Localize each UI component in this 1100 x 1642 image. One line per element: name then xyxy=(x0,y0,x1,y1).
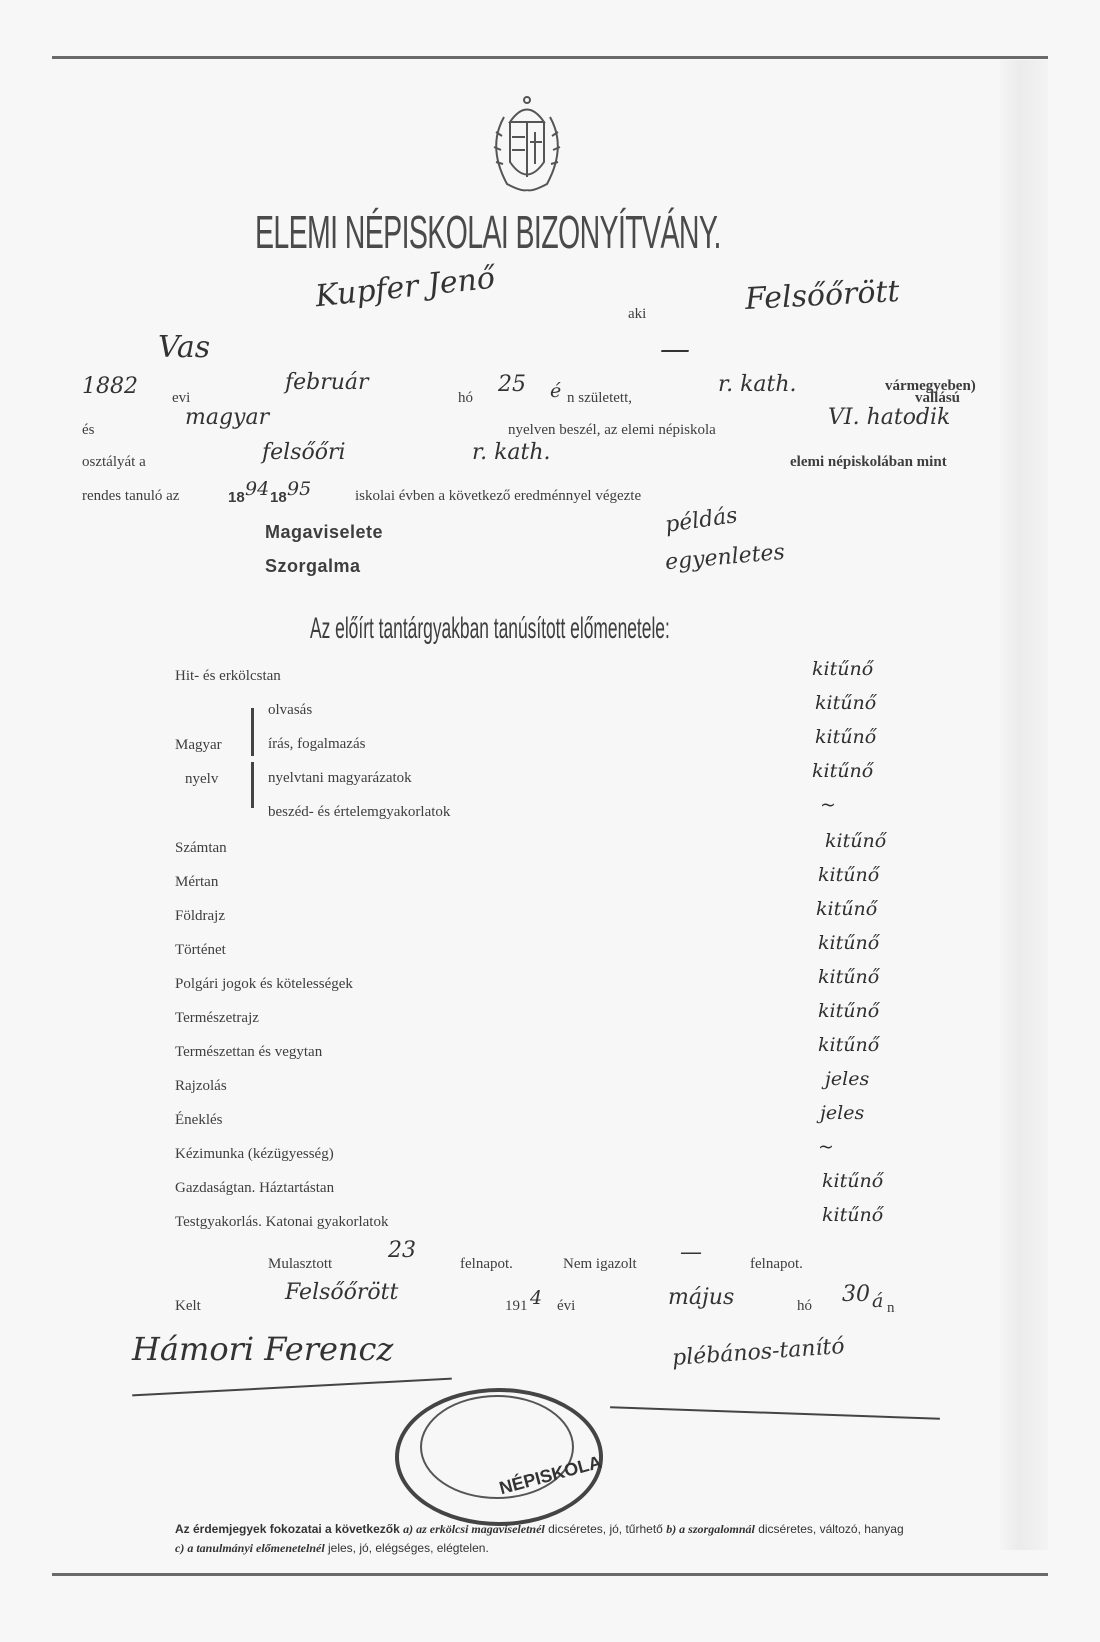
birth-month: február xyxy=(285,370,369,395)
right-signature: plébános-tanító xyxy=(671,1334,845,1371)
subject-grade: kitűnő xyxy=(815,726,876,748)
page-edge xyxy=(1000,60,1048,1550)
subject-name: Polgári jogok és kötelességek xyxy=(175,976,353,993)
subject-name: Éneklés xyxy=(175,1112,222,1129)
school-place: felsőőri xyxy=(262,440,346,465)
county: Vas xyxy=(158,330,210,365)
school-type: r. kath. xyxy=(472,440,551,465)
year-end-printed: 18 xyxy=(270,489,287,506)
issue-day-suffix: á xyxy=(872,1290,883,1312)
label-kelt: Kelt xyxy=(175,1298,201,1315)
subject-grade: kitűnő xyxy=(816,898,877,920)
subject-name: írás, fogalmazás xyxy=(268,736,365,753)
issue-year-hand: 4 xyxy=(530,1287,542,1309)
label-issue-ho: hó xyxy=(797,1298,812,1315)
diligence-label: Szorgalma xyxy=(265,556,361,577)
subject-grade: kitűnő xyxy=(812,760,873,782)
label-schoolyear: iskolai évben a következő eredménnyel vé… xyxy=(355,488,641,505)
diligence-value: egyenletes xyxy=(664,540,786,575)
subject-grade: kitűnő xyxy=(818,966,879,988)
subject-name: Kézimunka (kézügyesség) xyxy=(175,1146,334,1163)
birth-day-suffix: é xyxy=(550,380,561,402)
label-school: elemi népiskolában mint xyxy=(790,454,947,471)
subject-grade: kitűnő xyxy=(815,692,876,714)
subject-name: Természetrajz xyxy=(175,1010,259,1027)
subject-grade: kitűnő xyxy=(822,1204,883,1226)
subject-grade: jeles xyxy=(820,1102,864,1124)
year-start-printed: 18 xyxy=(228,489,245,506)
label-language: nyelven beszél, az elemi népiskola xyxy=(508,422,716,439)
issue-place: Felsőőrött xyxy=(285,1280,398,1305)
subject-name: nyelvtani magyarázatok xyxy=(268,770,412,787)
subject-name: Hit- és erkölcstan xyxy=(175,668,281,685)
birth-day: 25 xyxy=(498,372,526,397)
grading-footnote: Az érdemjegyek fokozatai a következők a)… xyxy=(175,1520,915,1558)
unexcused-value: — xyxy=(680,1240,702,1265)
subject-name: Számtan xyxy=(175,840,227,857)
school-class: VI. hatodik xyxy=(828,405,950,430)
teacher-signature-underline xyxy=(132,1378,452,1397)
subject-name: Történet xyxy=(175,942,226,959)
religion: r. kath. xyxy=(718,372,797,397)
county-dash: — xyxy=(660,332,690,367)
group-label-magyar: Magyar xyxy=(175,737,222,754)
right-signature-flourish xyxy=(610,1406,940,1420)
footnote-b-label: b) a szorgalomnál xyxy=(666,1522,755,1536)
document-title: ELEMI NÉPISKOLAI BIZONYÍTVÁNY. xyxy=(255,205,721,259)
label-class: osztályát a xyxy=(82,454,146,471)
footnote-a-label: a) az erkölcsi magaviseletnél xyxy=(403,1522,545,1536)
footnote-a-values: dicséretes, jó, tűrhető xyxy=(548,1522,663,1536)
subject-grade: kitűnő xyxy=(812,658,873,680)
subject-name: Természettan és vegytan xyxy=(175,1044,322,1061)
label-issue-n: n xyxy=(887,1300,895,1317)
issue-year-printed: 191 xyxy=(505,1298,528,1315)
top-rule xyxy=(52,56,1048,59)
subject-name: Mértan xyxy=(175,874,218,891)
subject-grade: kitűnő xyxy=(822,1170,883,1192)
label-missed: Mulasztott xyxy=(268,1256,332,1273)
subject-name: olvasás xyxy=(268,702,312,719)
label-halfdays-2: felnapot. xyxy=(750,1256,803,1273)
footnote-c-label: c) a tanulmányi előmenetelnél xyxy=(175,1541,325,1555)
label-ho: hó xyxy=(458,390,473,407)
behaviour-label: Magaviselete xyxy=(265,522,383,543)
group-label-nyelv: nyelv xyxy=(185,771,218,788)
student-name: Kupfer Jenő xyxy=(314,261,497,315)
subject-name: Földrajz xyxy=(175,908,225,925)
subject-grade: kitűnő xyxy=(818,1000,879,1022)
subject-name: Testgyakorlás. Katonai gyakorlatok xyxy=(175,1214,388,1231)
label-halfdays: felnapot. xyxy=(460,1256,513,1273)
issue-day: 30 xyxy=(842,1282,870,1307)
subject-grade: jeles xyxy=(825,1068,869,1090)
label-aki: aki xyxy=(628,306,646,323)
group-bracket-top xyxy=(251,708,254,756)
issue-month: május xyxy=(668,1285,734,1310)
footnote-b-values: dicséretes, változó, hanyag xyxy=(758,1522,903,1536)
footnote-lead: Az érdemjegyek fokozatai a következők xyxy=(175,1522,400,1536)
group-bracket-bottom xyxy=(251,762,254,808)
language: magyar xyxy=(185,405,269,430)
year-end-hand: 95 xyxy=(287,478,311,500)
behaviour-value: példás xyxy=(664,503,739,538)
subject-grade: kitűnő xyxy=(825,830,886,852)
teacher-signature: Hámori Ferencz xyxy=(132,1330,393,1368)
subject-grade: kitűnő xyxy=(818,864,879,886)
label-born: n született, xyxy=(567,390,632,407)
missed-value: 23 xyxy=(388,1238,416,1263)
bottom-rule xyxy=(52,1573,1048,1576)
birthplace: Felsőőrött xyxy=(744,274,900,317)
subject-grade: ~ xyxy=(820,794,836,816)
birth-year: 1882 xyxy=(82,374,138,399)
year-start-hand: 94 xyxy=(245,478,269,500)
subject-name: Gazdaságtan. Háztartástan xyxy=(175,1180,334,1197)
footnote-c-values: jeles, jó, elégséges, elégtelen. xyxy=(328,1541,489,1555)
label-unexcused: Nem igazolt xyxy=(563,1256,637,1273)
subject-grade: ~ xyxy=(818,1136,834,1158)
subject-grade: kitűnő xyxy=(818,932,879,954)
progress-heading: Az előírt tantárgyakban tanúsított előme… xyxy=(310,612,670,646)
hungarian-coat-of-arms-icon xyxy=(482,92,572,197)
subject-name: beszéd- és értelemgyakorlatok xyxy=(268,804,450,821)
subject-grade: kitűnő xyxy=(818,1034,879,1056)
label-regular: rendes tanuló az xyxy=(82,488,179,505)
label-es: és xyxy=(82,422,95,439)
subject-name: Rajzolás xyxy=(175,1078,227,1095)
label-issue-evi: évi xyxy=(557,1298,575,1315)
